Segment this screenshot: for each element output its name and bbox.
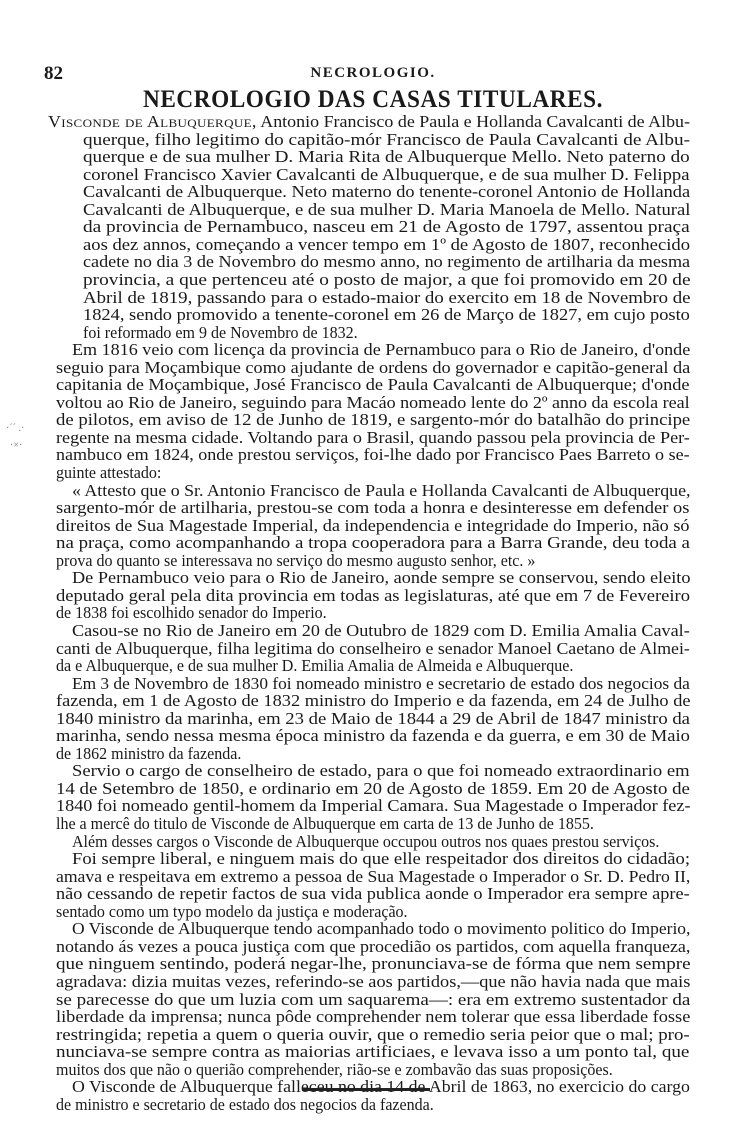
text-line: Visconde de Albuquerque, Antonio Francis…	[48, 113, 690, 131]
text-line: 1840 foi nomeado gentil-homem da Imperia…	[56, 797, 691, 815]
text-line: na praça, como acompanhando a tropa coop…	[56, 534, 690, 552]
text-line: lhe a mercê do titulo de Visconde de Alb…	[56, 815, 594, 833]
text-line: 1824, sendo promovido a tenente-coronel …	[83, 306, 690, 324]
text-line: de 1838 foi escolhido senador do Imperio…	[56, 604, 327, 622]
text-line: deputado geral pela dita provincia em to…	[56, 587, 690, 605]
margin-smudge: ·´´ .·	[6, 423, 24, 434]
text-line: querque, filho legitimo do capitão-mór F…	[83, 131, 690, 149]
entry-text: Antonio Francisco de Paula e Hollanda Ca…	[257, 112, 690, 131]
margin-smudge: ·×·	[10, 440, 22, 451]
text-line: amava e respeitava em extremo a pessoa d…	[56, 868, 690, 886]
text-line: « Attesto que o Sr. Antonio Francisco de…	[72, 482, 690, 500]
text-line: notando ás vezes a pouca justiça com que…	[56, 938, 690, 956]
text-line: agradava: dizia muitas vezes, referindo-…	[56, 973, 690, 991]
running-head: NECROLOGIO.	[0, 65, 746, 82]
text-line: de ministro e secretario de estado dos n…	[56, 1096, 434, 1114]
text-line: Além desses cargos o Visconde de Albuque…	[72, 833, 659, 851]
text-line: regente na mesma cidade. Voltando para o…	[56, 429, 690, 447]
text-line: aos dez annos, começando a vencer tempo …	[83, 236, 690, 254]
text-line: de pilotos, em aviso de 12 de Junho de 1…	[56, 411, 690, 429]
text-line: seguio para Moçambique como ajudante de …	[56, 359, 690, 377]
text-line: que ninguem sentindo, poderá negar-lhe, …	[56, 955, 691, 973]
text-line: fazenda, em 1 de Agosto de 1832 ministro…	[56, 692, 691, 710]
text-line: canti de Albuquerque, filha legitima do …	[56, 640, 690, 658]
text-line: sentado como um typo modelo da justiça e…	[56, 903, 408, 921]
text-line: marinha, sendo nessa mesma época ministr…	[56, 727, 690, 745]
entry-name: Visconde de Albuquerque,	[48, 112, 257, 131]
text-line: 14 de Setembro de 1850, e ordinario em 2…	[56, 780, 690, 798]
text-line: restringida; repetia a quem o queria ouv…	[56, 1026, 690, 1044]
text-line: 1840 ministro da marinha, em 23 de Maio …	[56, 710, 690, 728]
text-line: Servio o cargo de conselheiro de estado,…	[72, 762, 690, 780]
text-line: capitania de Moçambique, José Francisco …	[56, 376, 690, 394]
text-line: nambuco em 1824, onde prestou serviços, …	[56, 446, 690, 464]
text-line: Em 3 de Novembro de 1830 foi nomeado min…	[72, 675, 690, 693]
text-line: De Pernambuco veio para o Rio de Janeiro…	[72, 569, 690, 587]
text-line: foi reformado em 9 de Novembro de 1832.	[83, 324, 358, 342]
text-line: querque e de sua mulher D. Maria Rita de…	[83, 148, 690, 166]
text-line: da e Albuquerque, e de sua mulher D. Emi…	[56, 657, 573, 675]
text-line: da provincia de Pernambuco, nasceu em 21…	[83, 218, 690, 236]
text-line: cadete no dia 3 de Novembro do mesmo ann…	[83, 253, 690, 271]
text-line: Abril de 1819, passando para o estado-ma…	[83, 289, 691, 307]
closing-rule	[302, 1088, 430, 1091]
text-line: liberdade da imprensa; nunca pôde compre…	[56, 1008, 690, 1026]
text-line: muitos dos que não o querião comprehende…	[56, 1061, 613, 1079]
text-line: Cavalcanti de Albuquerque, e de sua mulh…	[83, 201, 690, 219]
text-line: coronel Francisco Xavier Cavalcanti de A…	[83, 166, 690, 184]
text-line: guinte attestado:	[56, 464, 161, 482]
text-line: Foi sempre liberal, e ninguem mais do qu…	[72, 850, 690, 868]
text-line: não cessando de repetir factos de sua vi…	[56, 885, 690, 903]
text-line: sargento-mór de artilharia, prestou-se c…	[56, 499, 689, 517]
section-title: NECROLOGIO DAS CASAS TITULARES.	[26, 86, 720, 114]
text-line: se parecesse do que um luzia com um saqu…	[56, 991, 690, 1009]
text-line: de 1862 ministro da fazenda.	[56, 745, 241, 763]
text-line: Em 1816 veio com licença da provincia de…	[72, 341, 690, 359]
text-line: voltou ao Rio de Janeiro, seguindo para …	[56, 394, 690, 412]
text-line: direitos de Sua Magestade Imperial, da i…	[56, 517, 690, 535]
text-line: Casou-se no Rio de Janeiro em 20 de Outu…	[72, 622, 690, 640]
text-line: O Visconde de Albuquerque tendo acompanh…	[72, 920, 690, 938]
text-line: Cavalcanti de Albuquerque. Neto materno …	[83, 183, 690, 201]
text-line: provincia, a que pertenceu até o posto d…	[83, 271, 691, 289]
text-line: prova do quanto se interessava no serviç…	[56, 552, 535, 570]
text-line: nunciava-se sempre contra as maiorias ar…	[56, 1043, 689, 1061]
